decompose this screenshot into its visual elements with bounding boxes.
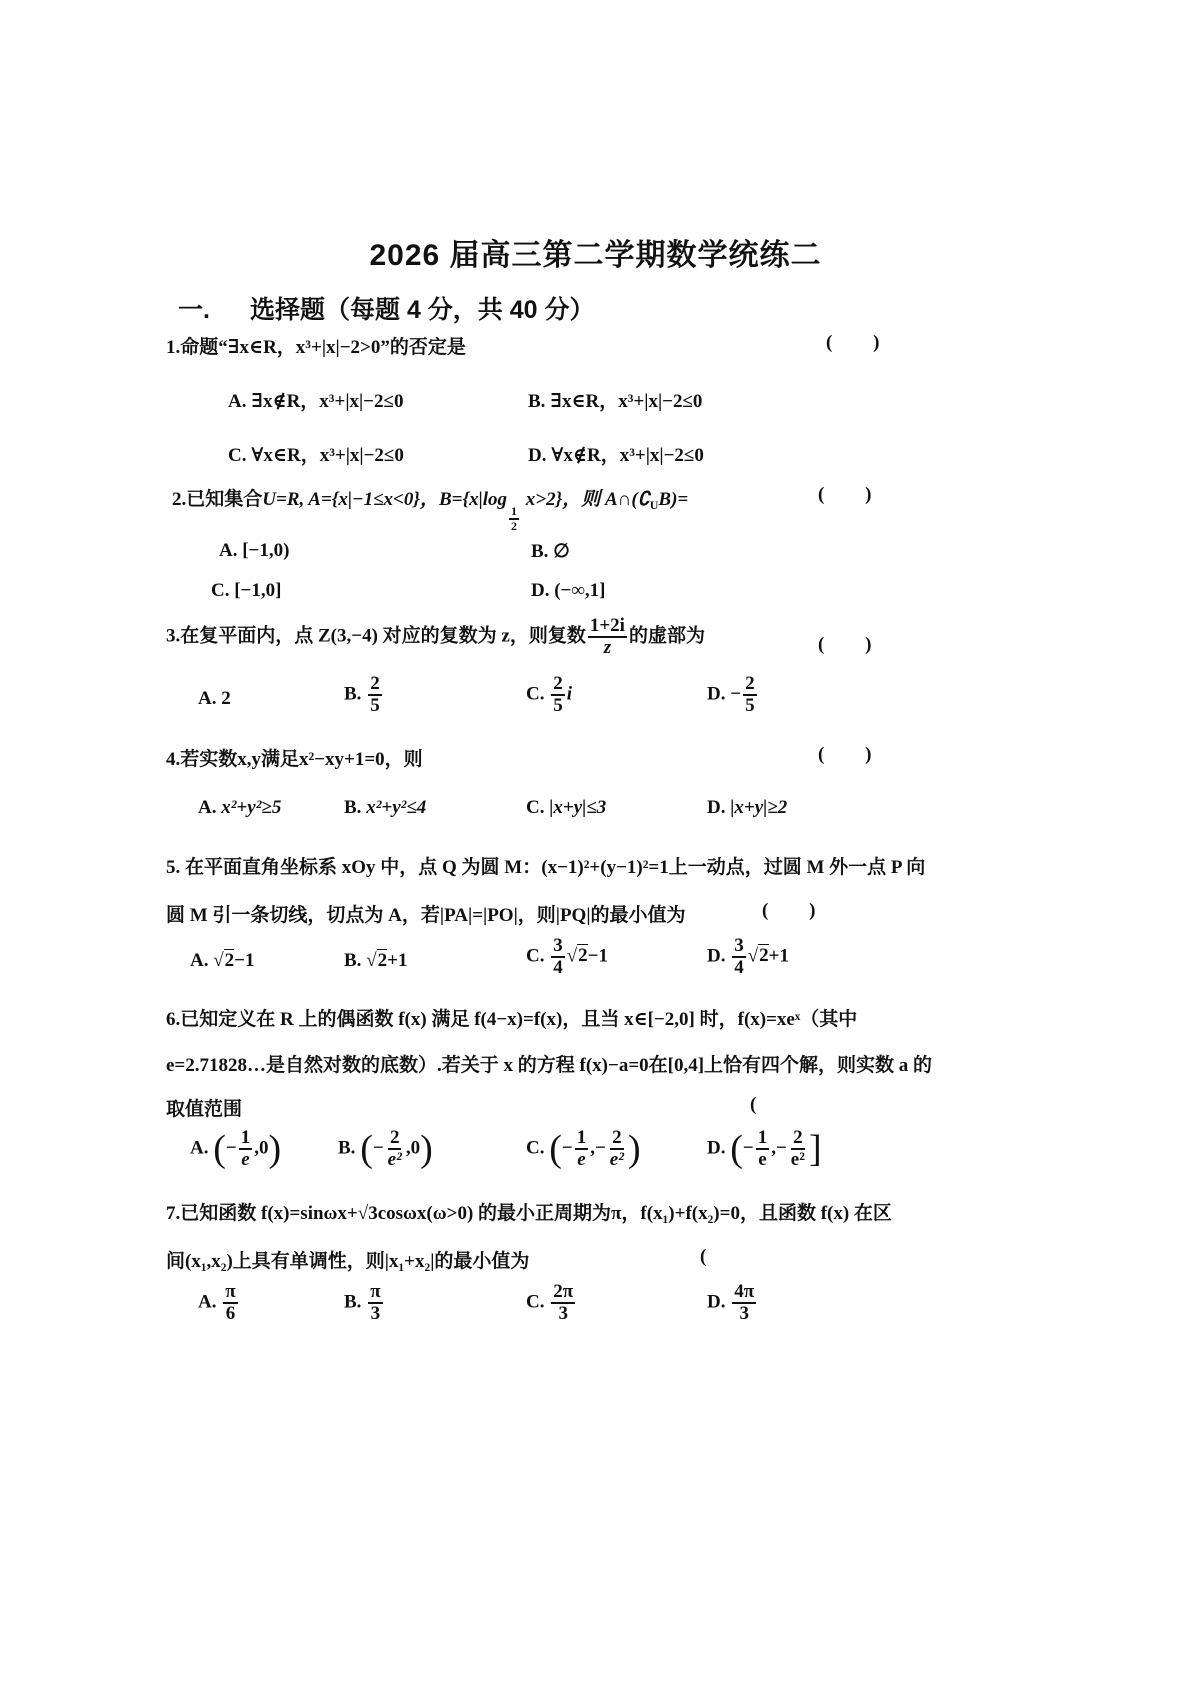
question-3-stem: 3.在复平面内，点 Z(3,−4) 对应的复数为 z，则复数1+2iz的虚部为 (166, 616, 705, 658)
fraction-numerator: 2 (743, 674, 757, 696)
question-text: 已知函数 f(x)=sinωx+√3cosωx(ω>0) 的最小正周期为π，f(… (180, 1203, 892, 1224)
option-text: −1 (588, 945, 608, 966)
separator: ,− (771, 1137, 787, 1158)
minus-sign: − (373, 1137, 384, 1158)
option-text: 2 (221, 688, 231, 709)
option-b: B. ∅ (531, 540, 570, 563)
option-fraction: 25 (743, 674, 757, 716)
question-7-stem-line-1: 7.已知函数 f(x)=sinωx+√3cosωx(ω>0) 的最小正周期为π，… (166, 1198, 892, 1225)
sqrt-radicand: 2 (377, 949, 388, 971)
question-5-stem-line-1: 5. 在平面直角坐标系 xOy 中，点 Q 为圆 M：(x−1)²+(y−1)²… (166, 852, 925, 879)
option-a: A. x²+y²≥5 (198, 797, 281, 819)
fraction-denominator: 4 (732, 958, 746, 978)
option-d: D. 34√2+1 (707, 936, 789, 978)
option-label: C. (526, 1137, 544, 1158)
option-label: D. (707, 797, 725, 818)
option-fraction: 1e (756, 1128, 770, 1170)
option-c: C. [−1,0] (211, 580, 281, 602)
option-label: D. (707, 683, 725, 704)
question-text: 的虚部为 (629, 625, 705, 646)
option-b: B. (−2e²,0) (338, 1128, 433, 1170)
option-label: B. (528, 391, 545, 412)
option-label: A. (198, 688, 216, 709)
option-label: B. (344, 950, 361, 971)
option-d: D. (−1e,−2e²] (707, 1128, 822, 1170)
log-base: 12 (509, 505, 519, 532)
option-a: A. (−1e,0) (190, 1128, 281, 1170)
option-a: A. [−1,0) (219, 540, 289, 562)
left-paren: ( (213, 1128, 226, 1170)
fraction-denominator: e (239, 1150, 251, 1170)
fraction-numerator: 4π (732, 1282, 756, 1304)
option-label: D. (707, 1291, 725, 1312)
option-d: D. −25 (707, 674, 759, 716)
fraction-denominator: 3 (369, 1304, 383, 1324)
fraction-denominator: 5 (743, 696, 757, 716)
fraction-denominator: 4 (551, 958, 565, 978)
option-text: +1 (769, 945, 789, 966)
option-label: B. (338, 1137, 355, 1158)
fraction-numerator: 2 (791, 1128, 805, 1150)
question-math: x>2}，则 A∩(∁ (521, 489, 650, 510)
option-fraction: 4π3 (732, 1282, 756, 1324)
section-number: 一. (178, 290, 250, 326)
option-fraction: 25 (551, 674, 565, 716)
option-label: C. (526, 945, 544, 966)
option-fraction: 2π3 (551, 1282, 575, 1324)
fraction-denominator: 3 (737, 1304, 751, 1324)
option-text: ∀x∈R，x³+|x|−2≤0 (251, 445, 404, 466)
option-label: A. (228, 391, 246, 412)
option-b: B. 25 (344, 674, 384, 716)
fraction-denominator: 6 (224, 1304, 238, 1324)
option-fraction: 34 (551, 936, 565, 978)
option-text: (−∞,1] (554, 580, 605, 601)
option-fraction: π6 (223, 1282, 237, 1324)
question-math: U=R, A={x|−1≤x<0}，B={x|log (262, 489, 507, 510)
minus-sign: − (730, 683, 741, 704)
sqrt-radicand: 2 (758, 944, 769, 966)
sqrt-radicand: 2 (577, 944, 588, 966)
question-number: 6. (166, 1009, 180, 1030)
option-label: B. (344, 683, 361, 704)
fraction-numerator: 1 (756, 1128, 770, 1150)
minus-sign: − (226, 1137, 237, 1158)
answer-bracket: ( ) (762, 900, 833, 922)
question-text: 已知集合 (186, 489, 262, 510)
option-c: C. ∀x∈R，x³+|x|−2≤0 (228, 440, 404, 467)
answer-bracket-open: ( (750, 1094, 774, 1116)
fraction-denominator: e (575, 1150, 587, 1170)
imaginary-unit: i (567, 683, 572, 704)
option-a: A. ∃x∉R，x³+|x|−2≤0 (228, 386, 403, 413)
option-label: D. (531, 580, 549, 601)
option-text: ∀x∉R，x³+|x|−2≤0 (551, 445, 704, 466)
left-paren: ( (549, 1128, 562, 1170)
option-a: A. π6 (198, 1282, 240, 1324)
answer-bracket-open: ( (700, 1246, 724, 1268)
log-base-numerator: 1 (509, 505, 519, 520)
option-b: B. x²+y²≤4 (344, 797, 426, 819)
option-label: A. (198, 797, 216, 818)
question-5-stem-line-2: 圆 M 引一条切线，切点为 A，若|PA|=|PO|，则|PQ|的最小值为 (166, 900, 686, 927)
log-base-denominator: 2 (509, 520, 519, 533)
question-text: 已知定义在 R 上的偶函数 f(x) 满足 f(4−x)=f(x)，且当 x∈[… (180, 1009, 857, 1030)
option-fraction: 1e (239, 1128, 253, 1170)
option-c: C. 2π3 (526, 1282, 577, 1324)
fraction-denominator: e² (789, 1150, 807, 1170)
section-heading: 一.选择题（每题 4 分，共 40 分） (178, 290, 595, 326)
option-text: |x+y|≤3 (549, 797, 606, 818)
fraction-denominator: z (602, 638, 613, 658)
option-fraction: 2e² (608, 1128, 626, 1170)
sqrt-radicand: 2 (224, 949, 235, 971)
fraction-denominator: e² (608, 1150, 626, 1170)
option-text: [−1,0) (242, 540, 289, 561)
option-a: A. 2 (198, 688, 231, 710)
page-title: 2026 届高三第二学期数学统练二 (0, 230, 1191, 274)
option-b: B. ∃x∈R，x³+|x|−2≤0 (528, 386, 702, 413)
option-text: ,0 (254, 1137, 268, 1158)
right-paren: ) (420, 1128, 433, 1170)
fraction-numerator: 1+2i (588, 616, 627, 638)
minus-sign: − (743, 1137, 754, 1158)
question-text: 命题“∃x∈R，x³+|x|−2>0”的否定是 (180, 337, 466, 358)
option-label: D. (528, 445, 546, 466)
fraction-denominator: 3 (556, 1304, 570, 1324)
right-paren: ) (268, 1128, 281, 1170)
fraction-numerator: 2 (368, 674, 382, 696)
question-6-stem-line-1: 6.已知定义在 R 上的偶函数 f(x) 满足 f(4−x)=f(x)，且当 x… (166, 1004, 857, 1031)
question-number: 3. (166, 625, 180, 646)
fraction-numerator: 1 (239, 1128, 253, 1150)
option-text: x²+y²≥5 (221, 797, 281, 818)
question-2-stem: 2.已知集合U=R, A={x|−1≤x<0}，B={x|log12 x>2}，… (172, 484, 688, 532)
option-fraction: 1e (575, 1128, 589, 1170)
option-text: ∃x∈R，x³+|x|−2≤0 (550, 391, 702, 412)
complex-fraction: 1+2iz (588, 616, 627, 658)
option-text: [−1,0] (234, 580, 281, 601)
option-text: |x+y|≥2 (730, 797, 787, 818)
left-paren: ( (730, 1128, 743, 1170)
option-text: −1 (234, 950, 254, 971)
question-4-stem: 4.若实数x,y满足x²−xy+1=0，则 (166, 744, 423, 771)
option-label: C. (526, 683, 544, 704)
section-label: 选择题（每题 4 分，共 40 分） (250, 296, 595, 324)
option-c: C. 34√2−1 (526, 936, 608, 978)
question-7-stem-line-2: 间(x₁,x₂)上具有单调性，则|x₁+x₂|的最小值为 (166, 1246, 529, 1273)
option-text: x²+y²≤4 (366, 797, 426, 818)
option-d: D. |x+y|≥2 (707, 797, 787, 819)
question-number: 2. (172, 489, 186, 510)
fraction-denominator: 5 (368, 696, 382, 716)
option-label: D. (707, 945, 725, 966)
option-d: D. (−∞,1] (531, 580, 606, 602)
fraction-numerator: 1 (575, 1128, 589, 1150)
fraction-numerator: 3 (732, 936, 746, 958)
option-fraction: 2e² (386, 1128, 404, 1170)
option-d: D. ∀x∉R，x³+|x|−2≤0 (528, 440, 704, 467)
answer-bracket: ( ) (818, 484, 889, 506)
option-text: +1 (387, 950, 407, 971)
option-c: C. 25i (526, 674, 572, 716)
option-label: D. (707, 1137, 725, 1158)
question-1-stem: 1.命题“∃x∈R，x³+|x|−2>0”的否定是 (166, 332, 466, 359)
option-label: C. (526, 797, 544, 818)
option-label: C. (526, 1291, 544, 1312)
option-fraction: 25 (368, 674, 382, 716)
option-label: C. (211, 580, 229, 601)
question-text: 在平面直角坐标系 xOy 中，点 Q 为圆 M：(x−1)²+(y−1)²=1上… (185, 857, 925, 878)
minus-sign: − (562, 1137, 573, 1158)
fraction-numerator: 2 (610, 1128, 624, 1150)
option-label: B. (344, 1291, 361, 1312)
left-paren: ( (360, 1128, 373, 1170)
question-text: 在复平面内，点 Z(3,−4) 对应的复数为 z，则复数 (180, 625, 586, 646)
question-number: 4. (166, 749, 180, 770)
option-fraction: π3 (368, 1282, 382, 1324)
option-c: C. (−1e,−2e²) (526, 1128, 641, 1170)
fraction-denominator: e (756, 1150, 768, 1170)
answer-bracket: ( ) (826, 332, 897, 354)
question-6-stem-line-2: e=2.71828…是自然对数的底数）.若关于 x 的方程 f(x)−a=0在[… (166, 1050, 932, 1077)
option-label: A. (219, 540, 237, 561)
fraction-numerator: 2 (551, 674, 565, 696)
option-label: A. (190, 1137, 208, 1158)
option-label: C. (228, 445, 246, 466)
option-label: B. (531, 541, 548, 562)
question-number: 7. (166, 1203, 180, 1224)
fraction-numerator: 3 (551, 936, 565, 958)
question-number: 1. (166, 337, 180, 358)
answer-bracket: ( ) (818, 744, 889, 766)
option-text: ∅ (553, 541, 570, 562)
option-a: A. √2−1 (190, 950, 255, 972)
fraction-denominator: 5 (551, 696, 565, 716)
question-math: B)= (658, 489, 688, 510)
question-text: 若实数x,y满足x²−xy+1=0，则 (180, 749, 422, 770)
option-label: A. (190, 950, 208, 971)
option-b: B. √2+1 (344, 950, 407, 972)
option-d: D. 4π3 (707, 1282, 758, 1324)
fraction-numerator: π (368, 1282, 382, 1304)
option-c: C. |x+y|≤3 (526, 797, 606, 819)
fraction-numerator: π (223, 1282, 237, 1304)
right-paren: ) (628, 1128, 641, 1170)
fraction-denominator: e² (386, 1150, 404, 1170)
option-label: A. (198, 1291, 216, 1312)
option-text: ∃x∉R，x³+|x|−2≤0 (251, 391, 403, 412)
answer-bracket: ( ) (818, 634, 889, 656)
option-fraction: 2e² (789, 1128, 807, 1170)
separator: ,− (590, 1137, 606, 1158)
option-fraction: 34 (732, 936, 746, 978)
option-label: B. (344, 797, 361, 818)
question-number: 5. (166, 857, 180, 878)
right-bracket: ] (809, 1128, 822, 1170)
option-text: ,0 (406, 1137, 420, 1158)
fraction-numerator: 2π (551, 1282, 575, 1304)
fraction-numerator: 2 (388, 1128, 402, 1150)
question-6-stem-line-3: 取值范围 (166, 1094, 242, 1121)
option-b: B. π3 (344, 1282, 385, 1324)
